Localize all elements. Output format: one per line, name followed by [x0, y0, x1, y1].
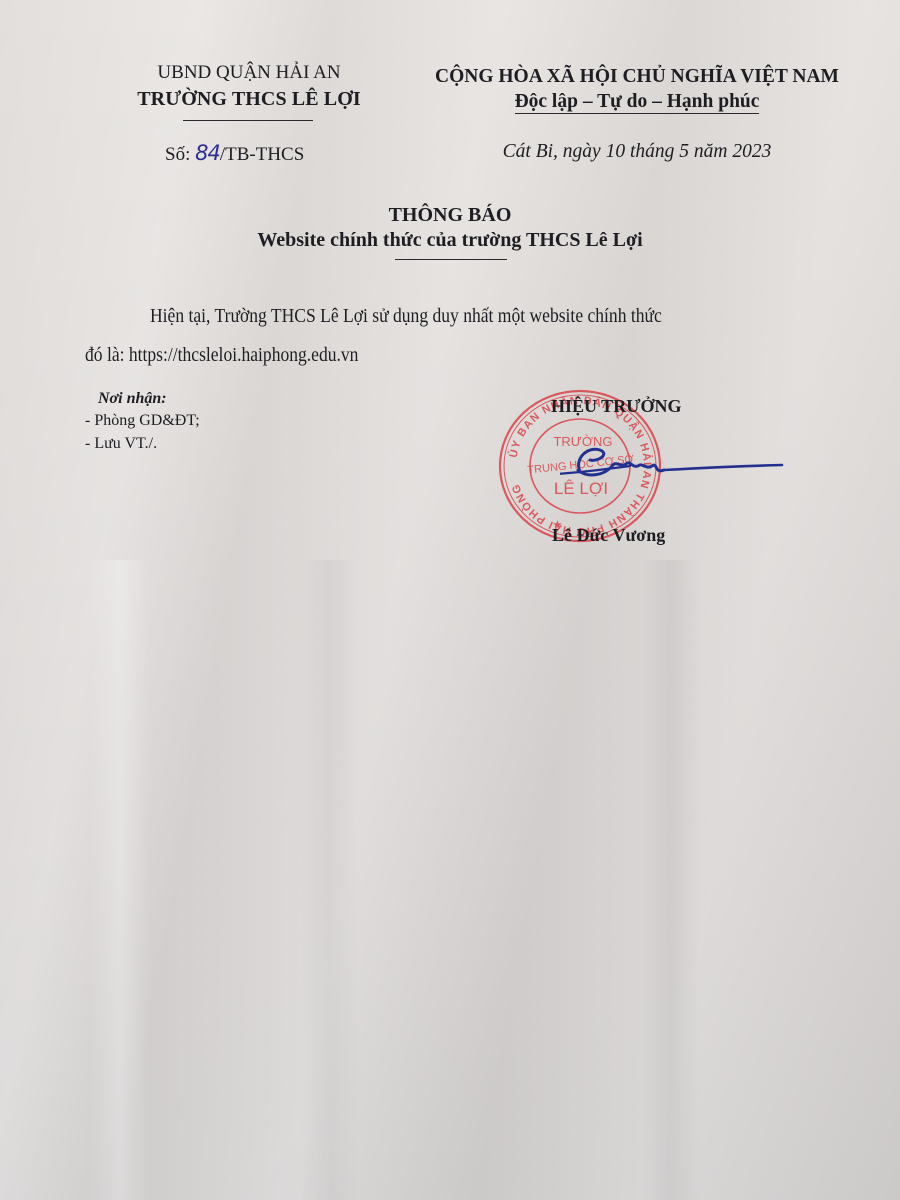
body-paragraph-line: Hiện tại, Trường THCS Lê Lợi sử dụng duy…: [150, 306, 719, 328]
signature-icon: [560, 440, 790, 490]
body-paragraph-line: đó là: https://thcsleloi.haiphong.edu.vn: [85, 345, 389, 367]
paper-crease: [640, 560, 700, 1200]
document-subtitle: Website chính thức của trường THCS Lê Lợ…: [0, 229, 900, 252]
body-text-website: đó là: https://thcsleloi.haiphong.edu.vn: [85, 345, 358, 367]
recipients-label: Nơi nhận:: [98, 390, 167, 408]
national-motto-text: Độc lập – Tự do – Hạnh phúc: [515, 91, 760, 114]
document-number-handwritten: 84: [195, 141, 220, 165]
header-divider: [183, 120, 313, 121]
national-motto: Độc lập – Tự do – Hạnh phúc: [414, 91, 860, 113]
national-title: CỘNG HÒA XÃ HỘI CHỦ NGHĨA VIỆT NAM: [414, 66, 860, 88]
document-number: Số: 84/TB-THCS: [165, 141, 304, 166]
recipient-item: - Lưu VT./.: [85, 435, 157, 453]
document-number-prefix: Số:: [165, 144, 195, 165]
parent-organization: UBND QUẬN HẢI AN: [120, 62, 378, 84]
paper-crease: [300, 560, 360, 1200]
paper-crease: [90, 560, 150, 1200]
school-name: TRƯỜNG THCS LÊ LỢI: [120, 88, 378, 111]
signatory-name: Lê Đức Vương: [552, 525, 665, 546]
subtitle-divider: [395, 259, 507, 260]
signatory-title: HIỆU TRƯỞNG: [551, 396, 682, 417]
place-date: Cát Bi, ngày 10 tháng 5 năm 2023: [414, 141, 860, 163]
document-title: THÔNG BÁO: [0, 204, 900, 227]
document-number-suffix: /TB-THCS: [220, 144, 304, 165]
body-text: Hiện tại, Trường THCS Lê Lợi sử dụng duy…: [150, 306, 662, 328]
recipient-item: - Phòng GD&ĐT;: [85, 412, 200, 430]
